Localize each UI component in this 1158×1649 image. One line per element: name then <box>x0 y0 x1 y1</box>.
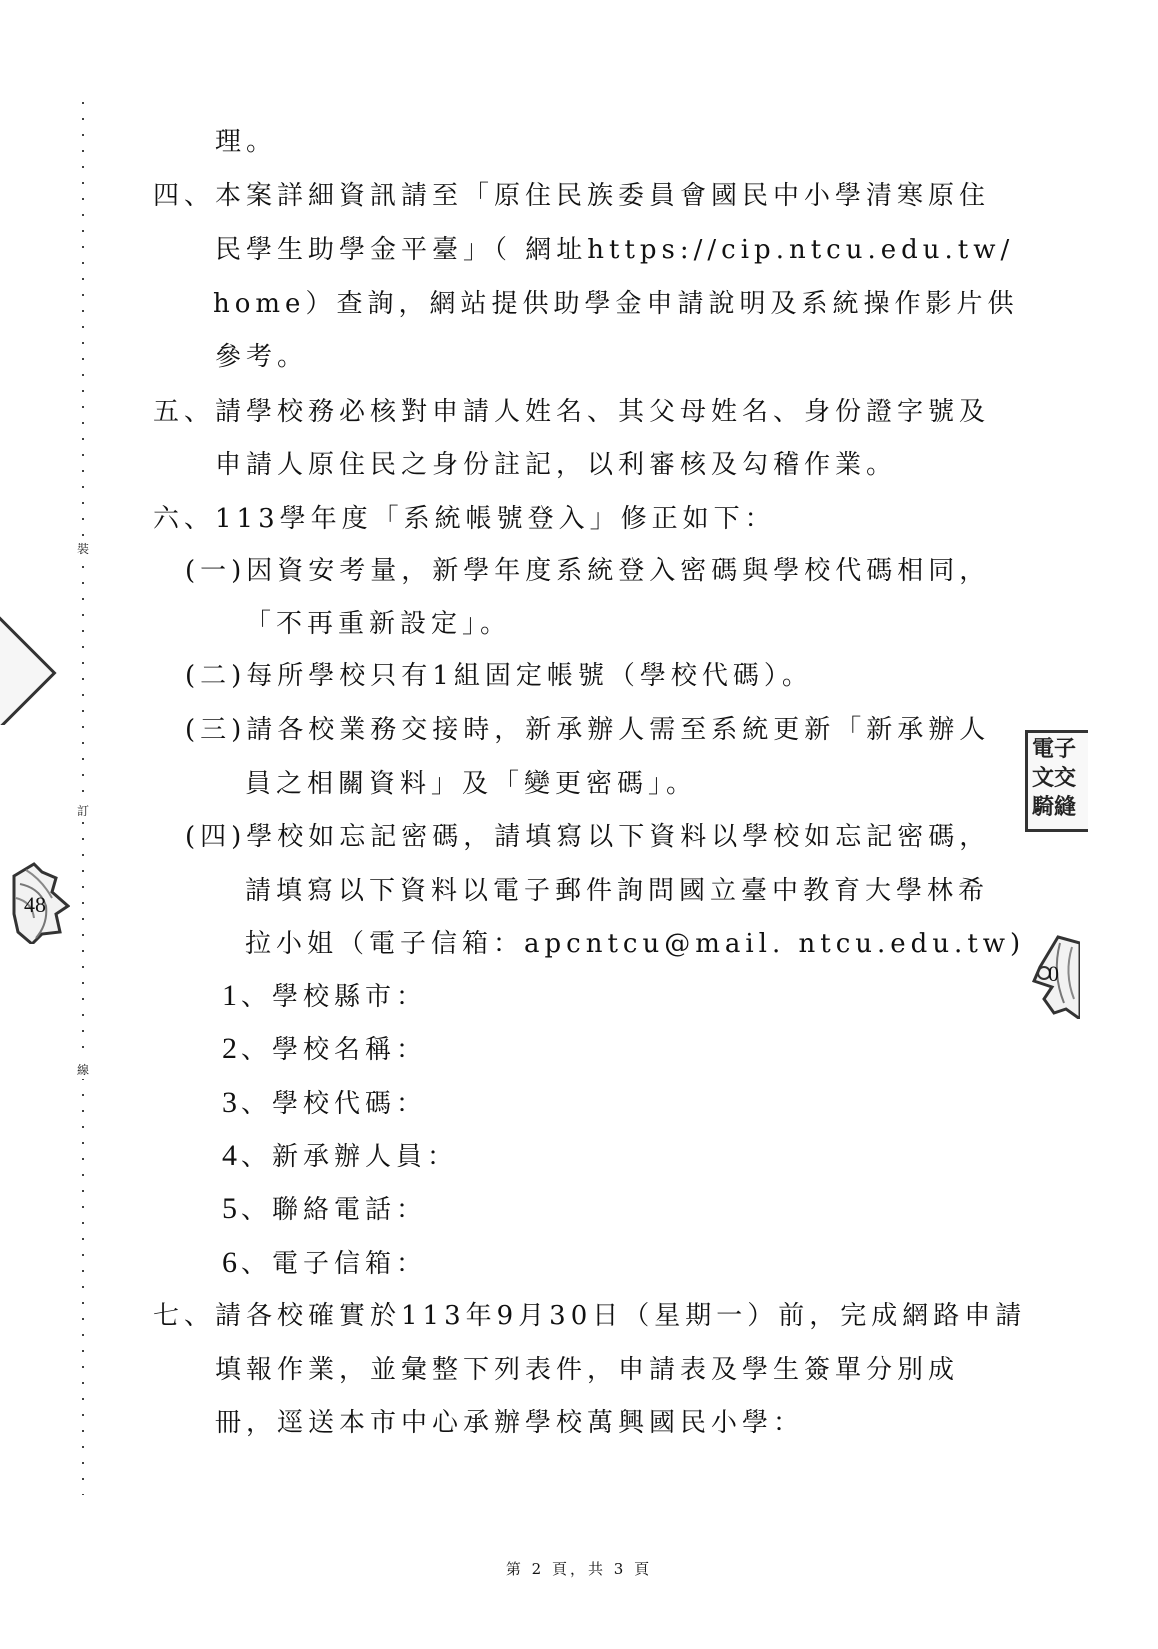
text-line: 請填寫以下資料以電子郵件詢問國立臺中教育大學林希 <box>245 875 989 907</box>
section-six-heading: 六、113學年度「系統帳號登入」修正如下： <box>153 503 776 535</box>
text-line: 填報作業，並彙整下列表件，申請表及學生簽單分別成 <box>215 1354 959 1386</box>
seal-stamp-left-icon: 48 <box>12 858 70 944</box>
document-page: 裝 訂 線 48 電子 文交 騎縫 0 理。 四、本案詳細資訊請至「原住民族委員… <box>0 0 1158 1649</box>
seal-number-right: 0 <box>1048 961 1059 987</box>
field-number: 4 <box>222 1139 241 1172</box>
diamond-stamp-icon <box>0 615 70 725</box>
text-line: 員之相關資料」及「變更密碼」。 <box>245 768 697 800</box>
field-number: 6 <box>222 1246 241 1279</box>
subitem-three: (三)請各校業務交接時，新承辦人需至系統更新「新承辦人 <box>185 714 990 746</box>
field-label: 、聯絡電話： <box>241 1195 427 1225</box>
field-label: 、電子信箱： <box>241 1249 427 1279</box>
text-line: 冊，逕送本市中心承辦學校萬興國民小學： <box>215 1407 804 1439</box>
text-line: 申請人原住民之身份註記，以利審核及勾稽作業。 <box>215 449 897 481</box>
text-line-url: 民學生助學金平臺」（ 網址https://cip.ntcu.edu.tw/ <box>215 234 1014 266</box>
section-five-heading: 五、請學校務必核對申請人姓名、其父母姓名、身份證字號及 <box>153 396 990 428</box>
field-number: 3 <box>222 1086 241 1119</box>
field-label: 、學校代碼： <box>241 1089 427 1119</box>
field-label: 、新承辦人員： <box>241 1142 458 1172</box>
seal-number-left: 48 <box>24 892 46 918</box>
section-four-heading: 四、本案詳細資訊請至「原住民族委員會國民中小學清寒原住 <box>153 180 990 212</box>
field-label: 、學校縣市： <box>241 982 427 1012</box>
subitem-one: (一)因資安考量，新學年度系統登入密碼與學校代碼相同， <box>185 555 990 587</box>
form-field-phone: 5、聯絡電話： <box>222 1193 427 1226</box>
subitem-two: (二)每所學校只有1組固定帳號（學校代碼）。 <box>185 660 813 692</box>
seal-stamp-right-icon: 0 <box>1030 933 1080 1019</box>
form-field-school-name: 2、學校名稱： <box>222 1033 427 1066</box>
binding-mark-xian: 線 <box>74 1061 92 1079</box>
section-seven-heading: 七、請各校確實於113年9月30日（星期一）前，完成網路申請 <box>153 1300 1026 1332</box>
binding-mark-ding: 訂 <box>74 802 92 820</box>
text-line: home）查詢，網站提供助學金申請說明及系統操作影片供 <box>213 288 1018 320</box>
binding-dotted-line <box>81 95 85 1495</box>
text-line: 「不再重新設定」。 <box>245 608 511 640</box>
field-number: 2 <box>222 1032 241 1065</box>
form-field-email: 6、電子信箱： <box>222 1247 427 1280</box>
form-field-school-code: 3、學校代碼： <box>222 1087 427 1120</box>
field-label: 、學校名稱： <box>241 1035 427 1065</box>
seam-stamp-text: 電子 文交 騎縫 <box>1032 735 1076 822</box>
form-field-school-county: 1、學校縣市： <box>222 980 427 1013</box>
text-line: 理。 <box>215 126 277 158</box>
binding-mark-zhuang: 裝 <box>74 540 92 558</box>
seam-stamp-box-icon: 電子 文交 騎縫 <box>1025 730 1088 832</box>
page-number-footer: 第 2 頁，共 3 頁 <box>0 1558 1158 1579</box>
subitem-four: (四)學校如忘記密碼，請填寫以下資料以學校如忘記密碼， <box>185 821 990 853</box>
field-number: 5 <box>222 1192 241 1225</box>
field-number: 1 <box>222 979 241 1012</box>
form-field-new-officer: 4、新承辦人員： <box>222 1140 458 1173</box>
text-line: 參考。 <box>215 341 308 373</box>
text-line-email: 拉小姐（電子信箱：apcntcu@mail. ntcu.edu.tw) <box>245 928 1025 960</box>
